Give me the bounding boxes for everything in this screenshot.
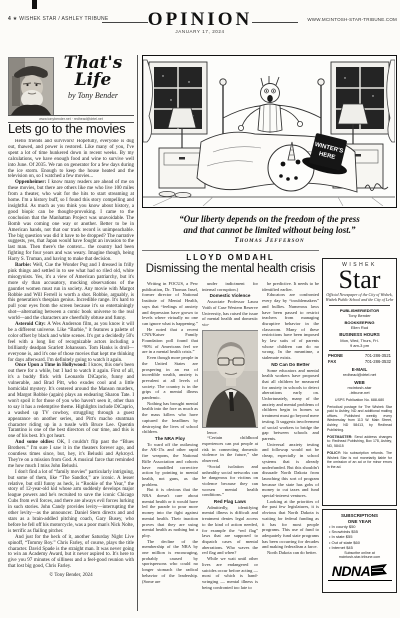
paragraph: Some educators and mental health workers… (262, 368, 319, 442)
publisher-name: Tony Bender (325, 313, 394, 318)
paragraph: © Tony Bender, 2024 (8, 573, 134, 579)
thats-life-body: Hello friends and survivors! Hopefully, … (8, 139, 134, 613)
issue-date: JANUARY 17, 2024 (135, 29, 265, 34)
editorial-cartoon: WINTER'S HERE (142, 55, 397, 208)
paragraph: under indictment for internal corruption… (202, 281, 258, 292)
paragraph: be predictive. It needs to be identified… (262, 281, 319, 292)
paragraph: Looking at the priorities of the past fe… (262, 499, 319, 550)
paragraph: To ward off the outlawing the AK-15s and… (142, 442, 198, 488)
paragraph: Educators are confronted every day by “t… (262, 292, 319, 360)
ndna-logo-text: NDNA (332, 563, 370, 579)
paper-name: WISHEK STAR / ASHLEY TRIBUNE (19, 16, 108, 22)
paragraph: He noted that a recent CNN/Kaiser Family… (142, 327, 198, 356)
paragraph: While we wait until other lives are enda… (202, 556, 258, 590)
bookkeeping-name: Ellen Rud (325, 325, 394, 330)
paragraph: But it is obvious that the NRA doesn't c… (142, 487, 198, 538)
usps-number: USPS Publication No. 688-680 (325, 398, 394, 402)
paragraph: Once Upon a Time in Hollywood: I know, t… (8, 363, 134, 440)
periodical-notice: Periodical postage for The Wishek Star p… (325, 405, 394, 433)
policy-notice: POLICY: No subscription refunds. The Wis… (325, 451, 394, 469)
paragraph: Oppenheimer: I know many readers are ahe… (8, 180, 134, 263)
omdahl-column-2b: lence.“Certain childhood experiences can… (202, 430, 258, 591)
column-byline: by Tony Bender (52, 91, 134, 100)
divider (329, 305, 390, 306)
paragraph: The decline of the membership of the NRA… (142, 539, 198, 585)
omdahl-column-2a: under indictment for internal corruption… (202, 281, 258, 328)
frightened-man (238, 76, 302, 133)
section-title: OPINION (135, 9, 265, 31)
omdahl-column-3: be predictive. It needs to be identified… (262, 281, 319, 613)
paragraph: • Internet $45 (329, 545, 390, 550)
paragraph: Writing in FOCUS, a Pew publication, Dr.… (142, 281, 198, 327)
page-number: 4 (8, 16, 11, 22)
paragraph: Nothing has brought mental health into t… (142, 401, 198, 435)
lloyd-omdahl-photo (202, 330, 258, 428)
email-address: redhead@drtel.net (325, 372, 394, 377)
ndna-logo: NDNA (325, 563, 394, 579)
masthead-tagline: Official Newspaper of the City of Wishek… (325, 293, 394, 303)
fax-number: 701-286-3532 (365, 359, 391, 365)
paragraph: Universal anxiety testing and followup w… (262, 442, 319, 499)
paragraph: “Social isolation and unhealthy social n… (202, 464, 258, 498)
fax-label: FAX (328, 359, 336, 365)
paragraph: And some oldies: OK, I couldn't flip pas… (8, 440, 134, 470)
paragraph: Even though more people in the United St… (142, 355, 198, 401)
subscription-rates: • In county $50• Snowbirds $55• In state… (325, 524, 394, 550)
masthead-name: Star (325, 268, 394, 292)
omdahl-column-1: Writing in FOCUS, a Pew publication, Dr.… (142, 281, 198, 613)
paragraph: I don't find a lot of “family movies” pa… (8, 470, 134, 535)
hours-time: 9 am-3 pm (325, 343, 394, 348)
quote-line1: “Our liberty depends on the freedom of t… (142, 214, 397, 225)
divider (142, 250, 319, 251)
quote-attribution: Thomas Jefferson (142, 236, 397, 244)
newspaper-opinion-page: 4 ★ WISHEK STAR / ASHLEY TRIBUNE OPINION… (0, 0, 400, 618)
quote-line2: and that cannot be limited without being… (142, 225, 397, 236)
column-divider (137, 55, 138, 611)
postmaster-label: POSTMASTER: (327, 435, 352, 439)
pull-quote: “Our liberty depends on the freedom of t… (142, 214, 397, 244)
tony-bender-photo (8, 57, 54, 116)
window-left (143, 60, 207, 142)
header-left: 4 ★ WISHEK STAR / ASHLEY TRIBUNE (8, 16, 109, 22)
masthead-box: WISHEK Star Official Newspaper of the Ci… (322, 258, 397, 506)
subscribe-note-line2: mcintosh-star-tribune.com (325, 555, 394, 559)
omdahl-column-2: under indictment for internal corruption… (202, 281, 258, 613)
web-address-line2: -tribune.net (325, 390, 394, 395)
paragraph: “Certain childhood experiences can put p… (202, 435, 258, 464)
star-icon: ★ (13, 16, 18, 22)
subscriptions-box: SUBSCRIPTIONS ONE YEAR • In county $50• … (322, 509, 397, 593)
page-edge-mark (32, 0, 37, 9)
column-title-line2: Life (52, 72, 134, 89)
divider (329, 350, 390, 351)
ndna-underline (328, 580, 392, 582)
paragraph: Barbie: Well, Cue the Wonder Pug and I d… (8, 263, 134, 322)
thats-life-headline: Lets go to the movies (8, 122, 136, 136)
paragraph: North Dakota can do better. (262, 550, 319, 556)
fax-row: FAX 701-286-3532 (325, 359, 394, 365)
omdahl-headline: Dismissing the mental health crisis (140, 263, 321, 276)
paragraph: Associate Professor Laura Voith of Case … (202, 299, 258, 328)
paragraph: Admittedly, identifying mental illness i… (202, 505, 258, 556)
paragraph: Hello friends and survivors! Hopefully, … (8, 139, 134, 180)
divider (252, 22, 298, 23)
window-right (331, 60, 395, 142)
postmaster-notice: POSTMASTER: Send address changes to: Red… (325, 435, 394, 449)
policy-label: POLICY: (327, 451, 341, 455)
ndna-flag-icon (371, 564, 387, 578)
paragraph: Asteroid City: A Wes Anderson film, as y… (8, 322, 134, 363)
paragraph: And just for the heck of it, another Sat… (8, 535, 134, 570)
thats-life-masthead: That's Life by Tony Bender (52, 55, 134, 100)
cartoon-drawing: WINTER'S HERE (143, 56, 395, 206)
omdahl-author: LLOYD OMDAHL (142, 253, 319, 262)
website-url: WWW.MCINTOSH-STAR-TRIBUNE.COM (307, 17, 397, 22)
